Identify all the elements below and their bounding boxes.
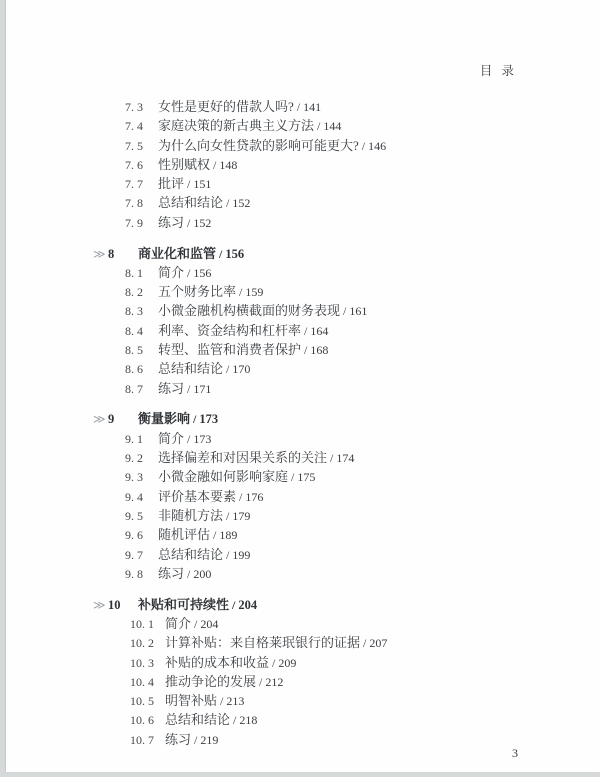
separator: / [187,177,190,191]
separator: / [233,713,236,727]
entry-page-number: 207 [369,636,387,650]
entry-page-number: 171 [193,382,211,396]
entry-title: 练习 [158,381,184,396]
entry-page-number: 164 [310,324,328,338]
toc-entry: 10. 5明智补贴/213 [6,691,600,710]
entry-number: 9. 3 [125,468,158,487]
separator: / [343,304,346,318]
separator: / [187,382,190,396]
entry-title: 补贴的成本和收益 [165,655,269,670]
separator: / [363,636,366,650]
separator: / [232,598,235,612]
entry-title: 练习 [158,215,184,230]
toc-entry: 10. 4推动争论的发展/212 [6,672,600,691]
toc-entry: 7. 3女性是更好的借款人吗?/141 [6,97,600,116]
entry-title: 总结和结论 [158,547,223,562]
toc-entry: 8. 2五个财务比率/159 [6,282,600,301]
toc-entry: 10. 7练习/219 [6,730,600,749]
entry-title: 女性是更好的借款人吗? [158,99,294,114]
entry-page-number: 219 [200,733,218,747]
entry-page-number: 151 [193,177,211,191]
separator: / [297,100,300,114]
separator: / [226,548,229,562]
toc-entry: 7. 6性别赋权/148 [6,155,600,174]
chapter-number: 8 [108,245,138,264]
entry-page-number: 148 [219,158,237,172]
entry-number: 7. 5 [125,137,158,156]
entry-title: 练习 [158,566,184,581]
toc-entry: 9. 7总结和结论/199 [6,545,600,564]
entry-number: 10. 3 [130,654,165,673]
toc-section: ≫9衡量影响/1739. 1简介/1739. 2选择偏差和对因果关系的关注/17… [6,409,600,583]
entry-number: 9. 1 [125,430,158,449]
entry-page-number: 159 [245,285,263,299]
chapter-title: 补贴和可持续性 [138,597,229,612]
entry-title: 家庭决策的新古典主义方法 [158,118,314,133]
toc-entry: 9. 3小微金融如何影响家庭/175 [6,467,600,486]
entry-page-number: 144 [323,119,341,133]
chapter-row: ≫10补贴和可持续性/204 [6,595,600,614]
entry-page-number: 174 [336,451,354,465]
entry-title: 推动争论的发展 [165,674,256,689]
toc-entry: 8. 1简介/156 [6,263,600,282]
entry-page-number: 173 [193,432,211,446]
entry-number: 9. 4 [125,488,158,507]
separator: / [187,567,190,581]
entry-title: 明智补贴 [165,693,217,708]
entry-title: 总结和结论 [165,712,230,727]
entry-number: 9. 8 [125,565,158,584]
entry-number: 8. 5 [125,341,158,360]
toc-entry: 8. 6总结和结论/170 [6,359,600,378]
entry-page-number: 212 [265,675,283,689]
toc-entry: 9. 6随机评估/189 [6,525,600,544]
toc-entry: 8. 3小微金融机构横截面的财务表现/161 [6,301,600,320]
toc-section: ≫10补贴和可持续性/20410. 1简介/20410. 2计算补贴：来自格莱珉… [6,595,600,749]
toc-section: ≫8商业化和监管/1568. 1简介/1568. 2五个财务比率/1598. 3… [6,244,600,398]
running-header: 目 录 [480,61,515,79]
entry-page-number: 161 [349,304,367,318]
entry-number: 7. 4 [125,117,158,136]
entry-page-number: 152 [193,216,211,230]
entry-title: 非随机方法 [158,508,223,523]
separator: / [239,490,242,504]
toc-entry: 7. 7批评/151 [6,174,600,193]
chapter-row: ≫9衡量影响/173 [6,409,600,428]
entry-number: 10. 2 [130,634,165,653]
entry-title: 批评 [158,176,184,191]
page-number: 3 [512,746,518,761]
separator: / [226,509,229,523]
chapter-page-number: 156 [225,247,244,261]
chapter-title: 衡量影响 [138,411,190,426]
toc-entry: 10. 3补贴的成本和收益/209 [6,653,600,672]
entry-number: 7. 6 [125,156,158,175]
entry-title: 小微金融如何影响家庭 [158,469,288,484]
entry-page-number: 175 [297,470,315,484]
separator: / [362,139,365,153]
entry-title: 随机评估 [158,527,210,542]
entry-title: 简介 [158,431,184,446]
chapter-page-number: 204 [238,598,257,612]
entry-number: 7. 9 [125,214,158,233]
toc-entry: 10. 6总结和结论/218 [6,710,600,729]
entry-page-number: 199 [232,548,250,562]
separator: / [213,158,216,172]
separator: / [317,119,320,133]
entry-number: 8. 7 [125,380,158,399]
entry-number: 8. 1 [125,264,158,283]
entry-page-number: 141 [303,100,321,114]
entry-page-number: 189 [219,528,237,542]
chapter-title: 商业化和监管 [138,246,216,261]
entry-number: 8. 6 [125,360,158,379]
separator: / [187,216,190,230]
entry-title: 小微金融机构横截面的财务表现 [158,303,340,318]
entry-number: 8. 2 [125,283,158,302]
chapter-marker-icon: ≫ [93,245,108,264]
entry-page-number: 218 [239,713,257,727]
separator: / [193,412,196,426]
entry-page-number: 179 [232,509,250,523]
toc-entry: 7. 4家庭决策的新古典主义方法/144 [6,116,600,135]
entry-number: 10. 7 [130,731,165,750]
entry-title: 转型、监管和消费者保护 [158,342,301,357]
separator: / [226,362,229,376]
entry-title: 选择偏差和对因果关系的关注 [158,450,327,465]
entry-page-number: 209 [278,656,296,670]
entry-title: 简介 [158,265,184,280]
entry-number: 9. 2 [125,449,158,468]
toc-entry: 7. 9练习/152 [6,213,600,232]
entry-page-number: 170 [232,362,250,376]
entry-number: 10. 4 [130,673,165,692]
chapter-row: ≫8商业化和监管/156 [6,244,600,263]
separator: / [194,733,197,747]
toc-entry: 8. 5转型、监管和消费者保护/168 [6,340,600,359]
entry-number: 9. 5 [125,507,158,526]
chapter-number: 10 [108,596,138,615]
entry-number: 9. 6 [125,526,158,545]
toc-entry: 10. 1简介/204 [6,614,600,633]
toc-entry: 9. 8练习/200 [6,564,600,583]
chapter-marker-icon: ≫ [93,410,108,429]
toc-entry: 8. 7练习/171 [6,379,600,398]
entry-title: 练习 [165,732,191,747]
entry-title: 五个财务比率 [158,284,236,299]
separator: / [213,528,216,542]
entry-page-number: 146 [368,139,386,153]
toc-entry: 7. 5为什么向女性贷款的影响可能更大?/146 [6,136,600,155]
separator: / [194,617,197,631]
entry-title: 评价基本要素 [158,489,236,504]
separator: / [272,656,275,670]
entry-page-number: 156 [193,266,211,280]
entry-number: 8. 3 [125,302,158,321]
entry-number: 10. 6 [130,711,165,730]
separator: / [330,451,333,465]
toc-section: 7. 3女性是更好的借款人吗?/1417. 4家庭决策的新古典主义方法/1447… [6,97,600,232]
chapter-marker-icon: ≫ [93,596,108,615]
toc-entry: 9. 5非随机方法/179 [6,506,600,525]
entry-page-number: 152 [232,196,250,210]
entry-title: 计算补贴：来自格莱珉银行的证据 [165,635,360,650]
entry-page-number: 204 [200,617,218,631]
chapter-number: 9 [108,410,138,429]
entry-page-number: 200 [193,567,211,581]
toc-entry: 9. 1简介/173 [6,429,600,448]
separator: / [220,694,223,708]
toc-entry: 7. 8总结和结论/152 [6,193,600,212]
toc-list: 7. 3女性是更好的借款人吗?/1417. 4家庭决策的新古典主义方法/1447… [6,97,600,749]
entry-title: 利率、资金结构和杠杆率 [158,323,301,338]
separator: / [304,324,307,338]
entry-title: 简介 [165,616,191,631]
toc-entry: 9. 2选择偏差和对因果关系的关注/174 [6,448,600,467]
entry-page-number: 168 [310,343,328,357]
toc-entry: 10. 2计算补贴：来自格莱珉银行的证据/207 [6,633,600,652]
separator: / [259,675,262,689]
toc-page: 目 录 7. 3女性是更好的借款人吗?/1417. 4家庭决策的新古典主义方法/… [6,0,600,772]
separator: / [187,432,190,446]
entry-number: 7. 3 [125,98,158,117]
entry-title: 总结和结论 [158,361,223,376]
entry-number: 7. 7 [125,175,158,194]
toc-entry: 9. 4评价基本要素/176 [6,487,600,506]
entry-number: 9. 7 [125,546,158,565]
entry-title: 为什么向女性贷款的影响可能更大? [158,138,359,153]
entry-number: 7. 8 [125,194,158,213]
entry-page-number: 176 [245,490,263,504]
separator: / [239,285,242,299]
toc-entry: 8. 4利率、资金结构和杠杆率/164 [6,321,600,340]
entry-number: 8. 4 [125,322,158,341]
entry-number: 10. 5 [130,692,165,711]
chapter-page-number: 173 [199,412,218,426]
separator: / [219,247,222,261]
separator: / [187,266,190,280]
separator: / [226,196,229,210]
entry-title: 性别赋权 [158,157,210,172]
entry-number: 10. 1 [130,615,165,634]
entry-title: 总结和结论 [158,195,223,210]
entry-page-number: 213 [226,694,244,708]
separator: / [304,343,307,357]
separator: / [291,470,294,484]
